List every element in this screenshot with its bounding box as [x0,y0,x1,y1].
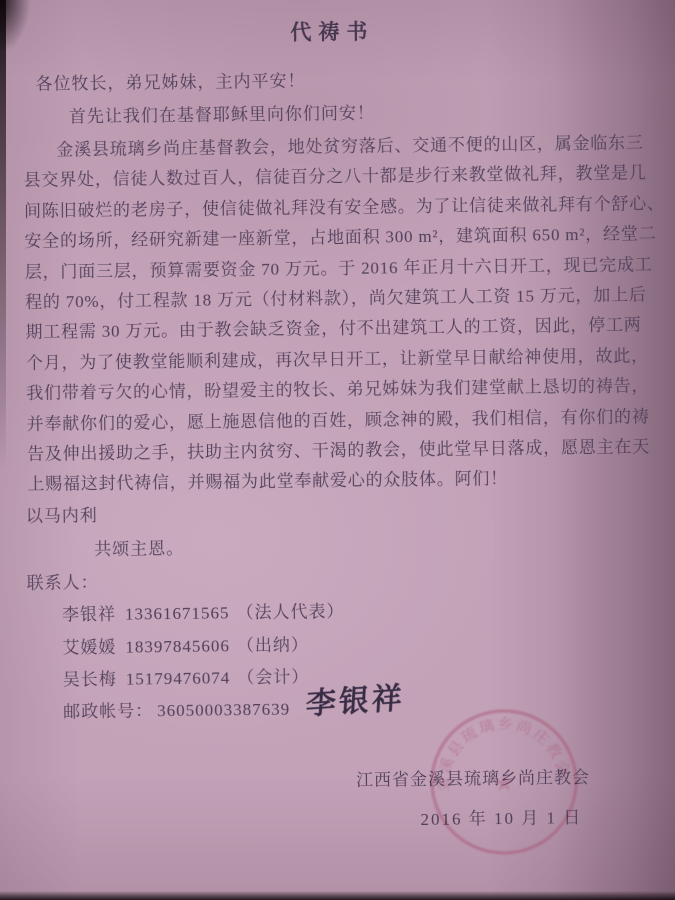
photo-left-edge [0,0,6,470]
body-paragraph: 金溪县琉璃乡尚庄基督教会，地处贫穷落后、交通不便的山区，属金临东三 县交界处，信… [23,128,645,500]
contact-row: 艾媛媛18397845606（出纳） [62,630,309,658]
contact-row: 李银祥13361671565（法人代表） [62,597,345,625]
contact-phone: 13361671565 [125,603,230,623]
contact-role: （会计） [237,667,309,687]
contact-name: 艾媛媛 [62,638,116,658]
handwritten-signature: 李银祥 [305,672,406,723]
church-seal-stamp: 金溪县琉璃乡尚庄教会 ★ [426,690,598,872]
page-title: 代祷书 [0,12,670,50]
body-line: 上赐福这封代祷信，并赐福为此堂奉献爱心的众肢体。阿们！ [27,463,645,501]
contact-role: （法人代表） [236,602,344,622]
greeting-line: 各位牧长，弟兄姊妹，主内平安！ [35,66,305,94]
contact-row: 吴长梅15179476074（会计） [63,662,310,690]
photo-topleft-corner [0,0,30,52]
photographed-letter: 代祷书 各位牧长，弟兄姊妹，主内平安！ 首先让我们在基督耶稣里向你们问安！ 金溪… [0,0,675,900]
stamp-star-icon: ★ [493,771,515,797]
contacts-label: 联系人： [26,568,98,594]
contact-name: 吴长梅 [63,670,117,690]
letter-content: 代祷书 各位牧长，弟兄姊妹，主内平安！ 首先让我们在基督耶稣里向你们问安！ 金溪… [0,0,675,900]
contact-phone: 18397845606 [125,636,230,656]
emmanuel-line: 以马内利 [26,501,98,527]
contact-phone: 15179476074 [126,668,231,688]
contact-name: 李银祥 [62,605,116,625]
photo-bottom-edge [0,891,675,900]
postal-account-label: 邮政帐号： [63,701,153,721]
postal-account-row: 邮政帐号：36050003387639 [63,695,290,723]
blessing-line: 共颂主恩。 [94,534,184,560]
postal-account-number: 36050003387639 [157,700,290,721]
contact-role: （出纳） [237,635,309,655]
greeting-line2: 首先让我们在基督耶稣里向你们问安！ [69,99,375,128]
